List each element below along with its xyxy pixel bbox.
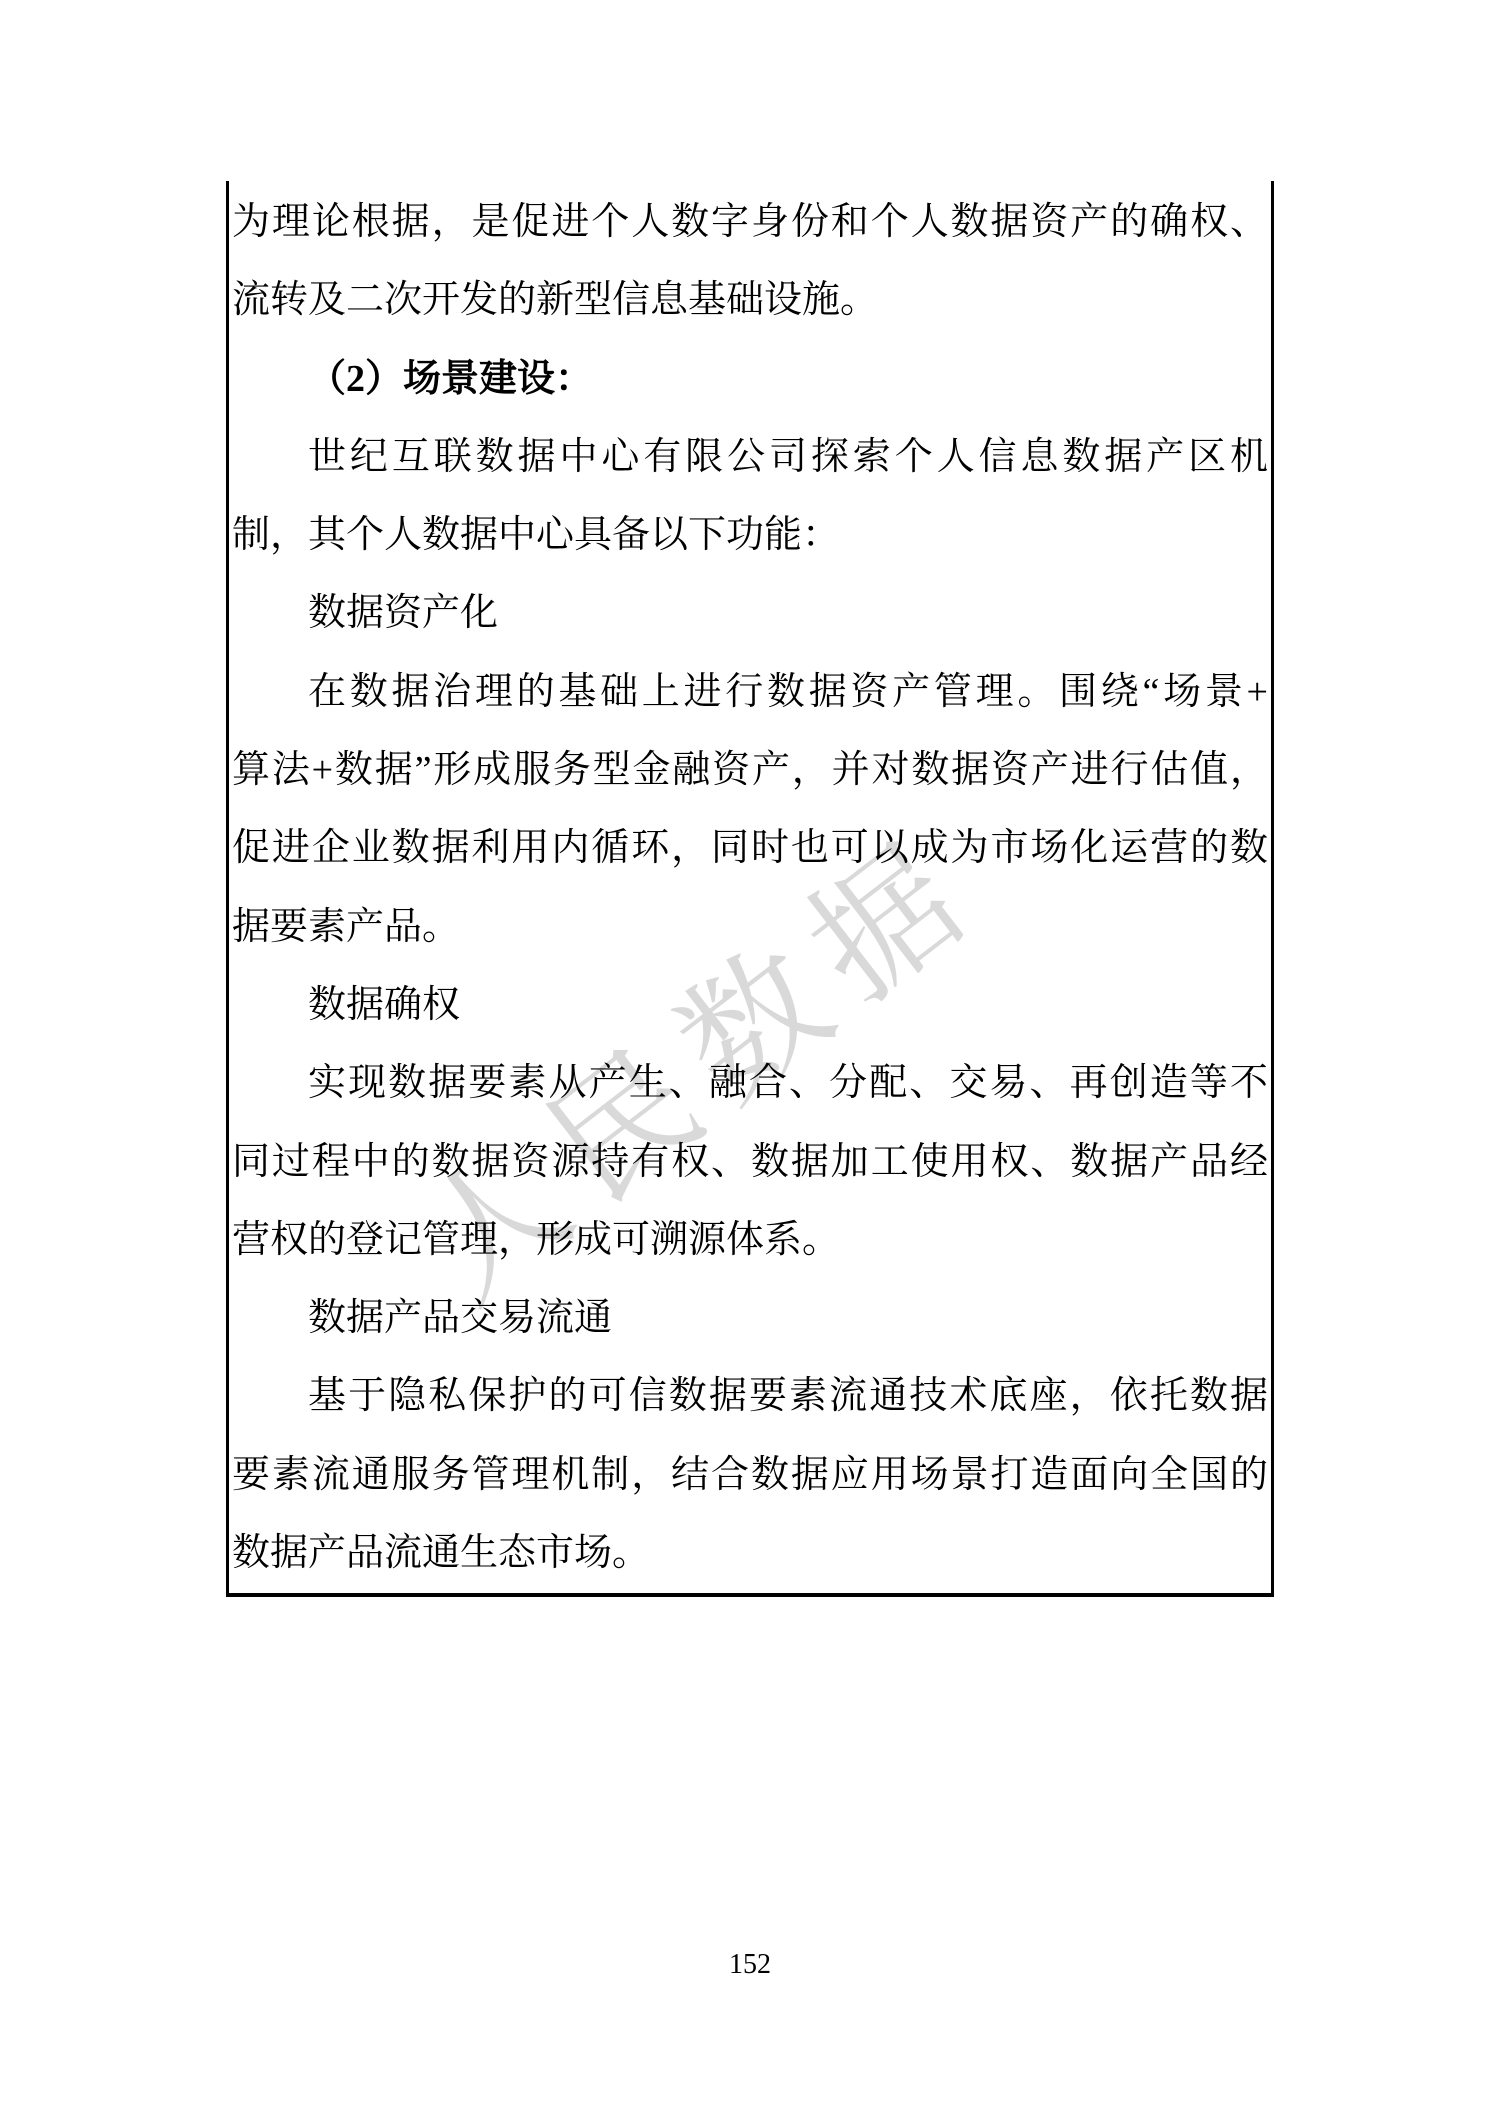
text-line: 同过程中的数据资源持有权、数据加工使用权、数据产品经 xyxy=(232,1123,1268,1201)
text-line: 据要素产品。 xyxy=(232,888,1268,966)
text-line: 要素流通服务管理机制，结合数据应用场景打造面向全国的 xyxy=(232,1436,1268,1514)
text-line: 算法+数据”形成服务型金融资产，并对数据资产进行估值， xyxy=(232,731,1268,809)
text-line: 在数据治理的基础上进行数据资产管理。围绕“场景+ xyxy=(232,653,1268,731)
page-number: 152 xyxy=(0,1948,1500,1982)
text-line: 为理论根据，是促进个人数字身份和个人数据资产的确权、 xyxy=(232,183,1268,261)
text-line: 促进企业数据利用内循环，同时也可以成为市场化运营的数 xyxy=(232,809,1268,887)
document-page: 人民数据 为理论根据，是促进个人数字身份和个人数据资产的确权、流转及二次开发的新… xyxy=(0,0,1500,2121)
text-line: 数据资产化 xyxy=(232,574,1268,652)
text-line: 基于隐私保护的可信数据要素流通技术底座，依托数据 xyxy=(232,1357,1268,1435)
text-line: 数据产品交易流通 xyxy=(232,1279,1268,1357)
text-line: （2）场景建设： xyxy=(232,340,1268,418)
text-line: 营权的登记管理，形成可溯源体系。 xyxy=(232,1201,1268,1279)
text-line: 流转及二次开发的新型信息基础设施。 xyxy=(232,261,1268,339)
text-line: 数据产品流通生态市场。 xyxy=(232,1514,1268,1592)
table-cell: 为理论根据，是促进个人数字身份和个人数据资产的确权、流转及二次开发的新型信息基础… xyxy=(226,181,1274,1597)
text-line: 世纪互联数据中心有限公司探索个人信息数据产区机 xyxy=(232,418,1268,496)
text-line: 实现数据要素从产生、融合、分配、交易、再创造等不 xyxy=(232,1044,1268,1122)
text-line: 数据确权 xyxy=(232,966,1268,1044)
text-line: 制，其个人数据中心具备以下功能： xyxy=(232,496,1268,574)
